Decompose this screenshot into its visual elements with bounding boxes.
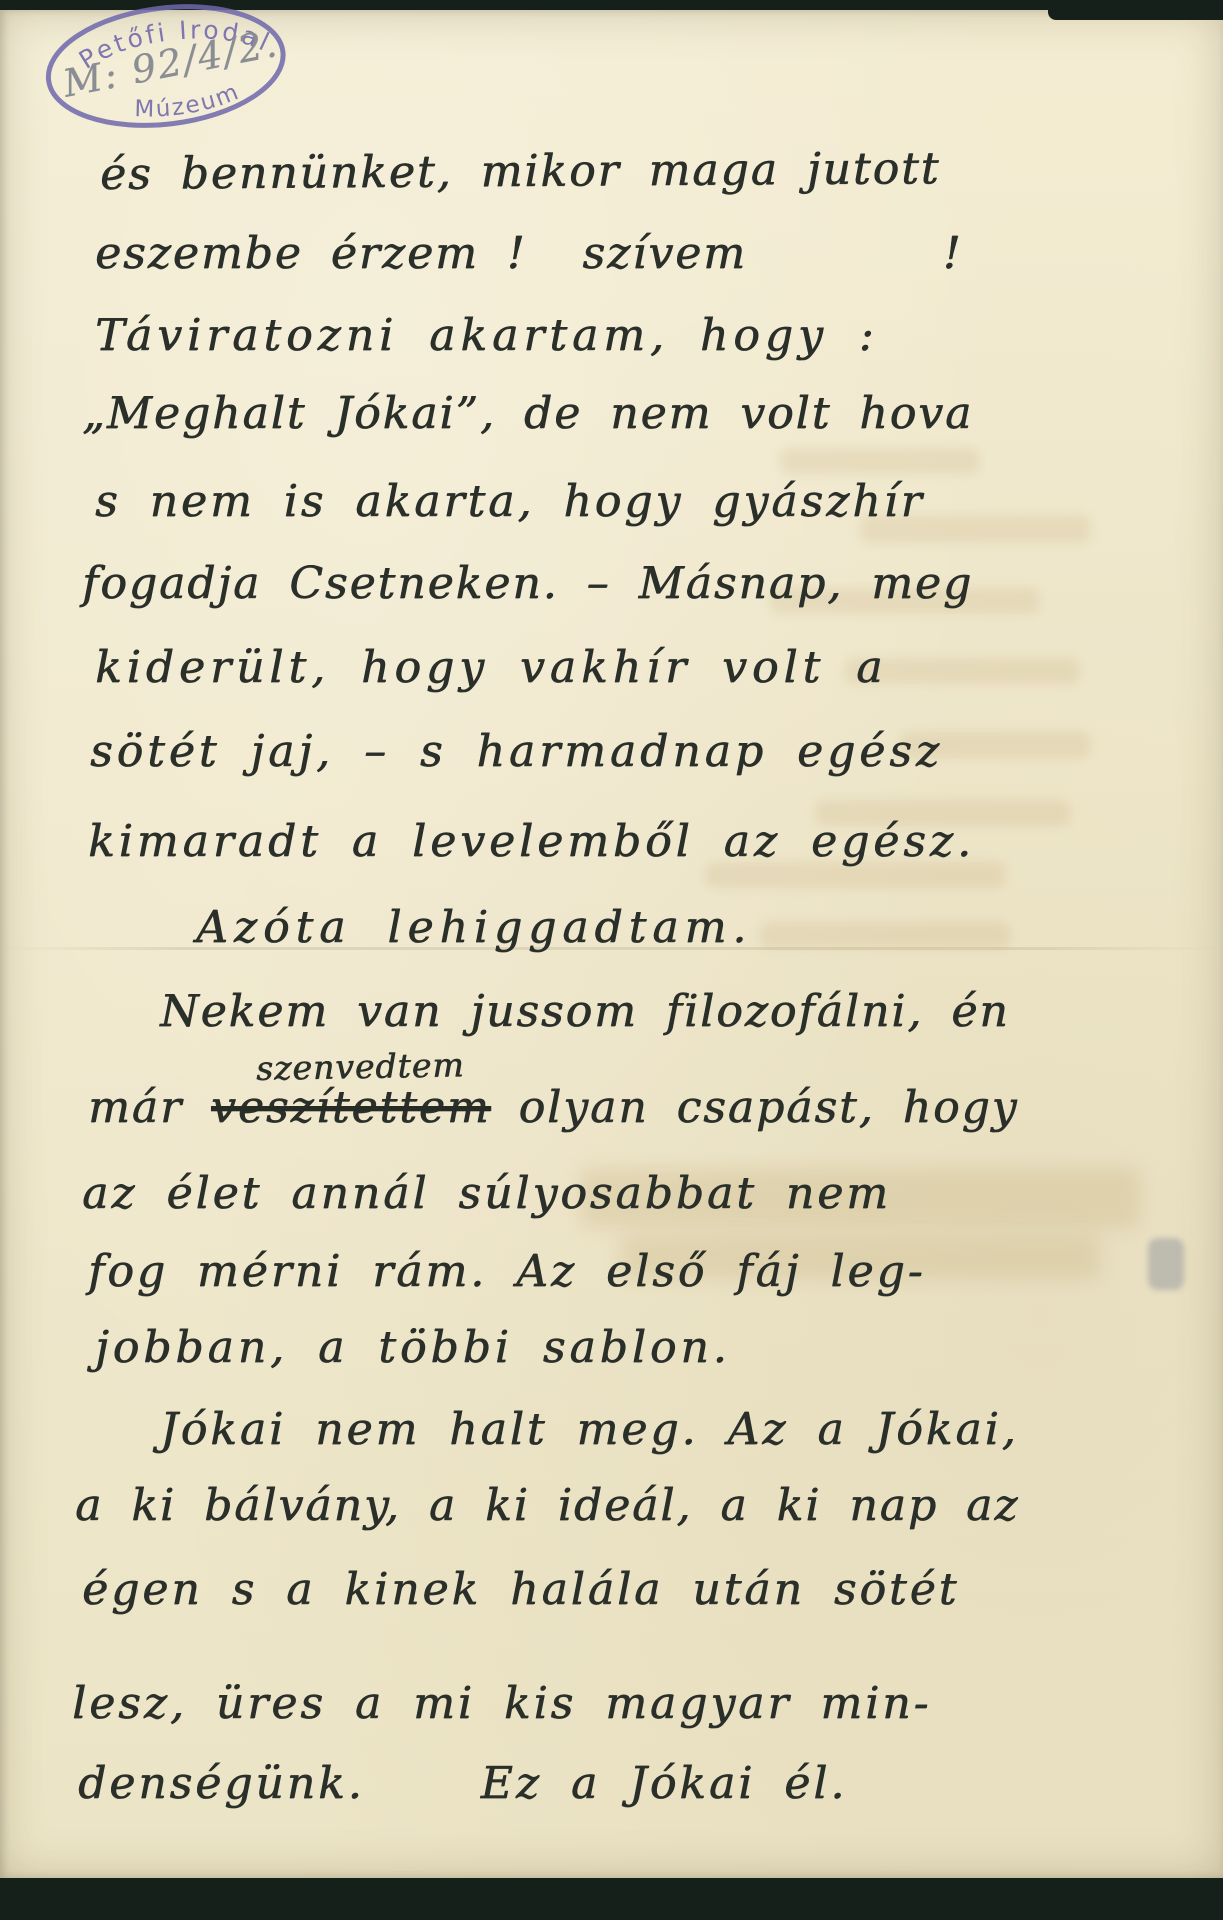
handwritten-line: Azóta lehiggadtam. (196, 906, 752, 950)
handwritten-line: denségünk. Ez a Jókai él. (78, 1762, 847, 1806)
struck-word: veszítettem (211, 1082, 491, 1133)
line-prefix: már (88, 1082, 211, 1133)
handwritten-insertion: szenvedtem (256, 1048, 465, 1085)
handwritten-line: Táviratozni akartam, hogy : (95, 314, 879, 358)
handwritten-line: égen s a kinek halála után sötét (82, 1568, 959, 1612)
handwritten-line: kiderült, hogy vakhír volt a (95, 646, 887, 690)
scan-edge-bottom (0, 1878, 1223, 1920)
handwritten-line: és bennünket, mikor maga jutott (100, 147, 941, 197)
scan-edge-top-right-notch (1048, 0, 1223, 20)
handwritten-line: sötét jaj, – s harmadnap egész (90, 730, 943, 774)
handwritten-line: már veszítettem olyan csapást, hogy (88, 1086, 1018, 1130)
handwritten-line: Jókai nem halt meg. Az a Jókai, (160, 1408, 1019, 1452)
handwritten-line: a ki bálvány, a ki ideál, a ki nap az (75, 1484, 1019, 1528)
handwritten-line: fogadja Csetneken. – Másnap, meg (82, 562, 973, 606)
handwritten-line: Nekem van jussom filozofálni, én (160, 990, 1010, 1034)
handwritten-line: jobban, a többi sablon. (95, 1326, 731, 1370)
handwritten-line: lesz, üres a mi kis magyar min- (72, 1682, 931, 1726)
handwritten-line: eszembe érzem ! szívem ! (95, 232, 962, 276)
handwritten-line: „Meghalt Jókai”, de nem volt hova (82, 392, 973, 436)
scanned-letter-page: { "document": { "kind": "handwritten-let… (0, 0, 1223, 1920)
handwritten-line: s nem is akarta, hogy gyászhír (95, 480, 925, 524)
line-suffix: olyan csapást, hogy (491, 1082, 1019, 1133)
handwritten-line: kimaradt a levelemből az egész. (88, 820, 975, 864)
handwritten-line: fog mérni rám. Az első fáj leg- (88, 1250, 925, 1294)
handwritten-line: az élet annál súlyosabbat nem (82, 1172, 891, 1216)
